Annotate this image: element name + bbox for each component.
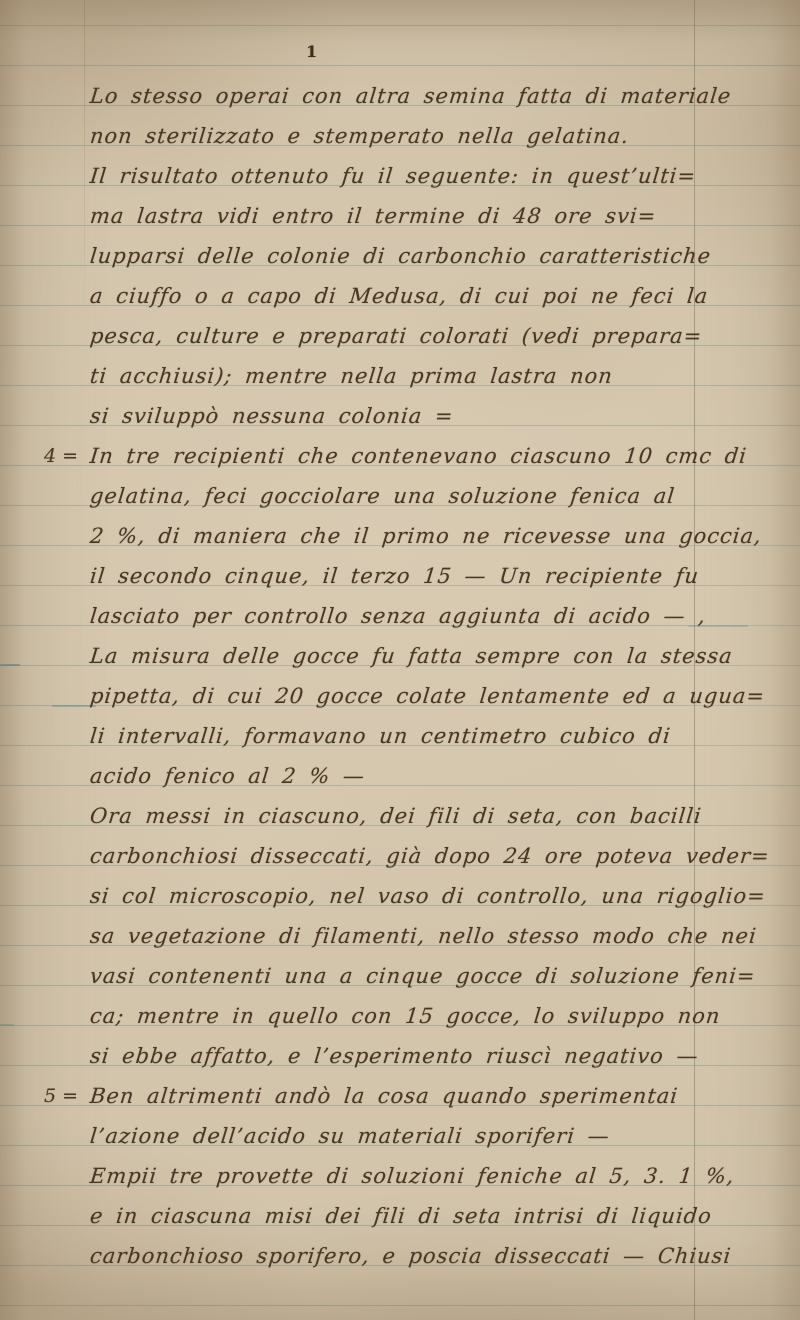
manuscript-line: carbonchioso sporifero, e poscia dissecc… (88, 1236, 748, 1276)
manuscript-line: vasi contenenti una a cinque gocce di so… (88, 956, 748, 996)
manuscript-text: ti acchiusi); mentre nella prima lastra … (88, 356, 615, 396)
manuscript-line: si sviluppò nessuna colonia = (88, 396, 748, 436)
manuscript-text: Lo stesso operai con altra semina fatta … (88, 76, 733, 116)
manuscript-text: vasi contenenti una a cinque gocce di so… (88, 956, 758, 996)
manuscript-text: carbonchiosi disseccati, già dopo 24 ore… (88, 836, 772, 876)
manuscript-text: pipetta, di cui 20 gocce colate lentamen… (88, 676, 767, 716)
manuscript-page: 1 Lo stesso operai con altra semina fatt… (0, 0, 800, 1320)
manuscript-line: l’azione dell’acido su materiali sporife… (88, 1116, 748, 1156)
manuscript-line: carbonchiosi disseccati, già dopo 24 ore… (88, 836, 748, 876)
manuscript-text: li intervalli, formavano un centimetro c… (88, 716, 673, 756)
manuscript-text: si ebbe affatto, e l’esperimento riuscì … (88, 1036, 701, 1076)
manuscript-text: pesca, culture e preparati colorati (ved… (88, 316, 704, 356)
manuscript-line: 2 %, di maniera che il primo ne ricevess… (88, 516, 748, 556)
manuscript-line: si ebbe affatto, e l’esperimento riuscì … (88, 1036, 748, 1076)
ruled-line-dark-segment (0, 1024, 14, 1026)
manuscript-line: acido fenico al 2 % — (88, 756, 748, 796)
manuscript-line: non sterilizzato e stemperato nella gela… (88, 116, 748, 156)
manuscript-line: pipetta, di cui 20 gocce colate lentamen… (88, 676, 748, 716)
manuscript-line: ti acchiusi); mentre nella prima lastra … (88, 356, 748, 396)
manuscript-line: pesca, culture e preparati colorati (ved… (88, 316, 748, 356)
manuscript-line: lasciato per controllo senza aggiunta di… (88, 596, 748, 636)
manuscript-text: 2 %, di maniera che il primo ne ricevess… (88, 516, 764, 556)
manuscript-text: La misura delle gocce fu fatta sempre co… (88, 636, 735, 676)
manuscript-text: sa vegetazione di filamenti, nello stess… (88, 916, 759, 956)
paragraph-number: 5 = (44, 1076, 78, 1116)
manuscript-text: non sterilizzato e stemperato nella gela… (88, 116, 631, 156)
manuscript-line: 4 =In tre recipienti che contenevano cia… (88, 436, 748, 476)
manuscript-line: 5 =Ben altrimenti andò la cosa quando sp… (88, 1076, 748, 1116)
manuscript-text: a ciuffo o a capo di Medusa, di cui poi … (88, 276, 710, 316)
manuscript-text: si col microscopio, nel vaso di controll… (88, 876, 768, 916)
manuscript-text: acido fenico al 2 % — (88, 756, 367, 796)
manuscript-lines: Lo stesso operai con altra semina fatta … (88, 76, 748, 1276)
manuscript-text: ca; mentre in quello con 15 gocce, lo sv… (88, 996, 723, 1036)
ruled-line-dark-segment (0, 664, 20, 666)
manuscript-line: ma lastra vidi entro il termine di 48 or… (88, 196, 748, 236)
manuscript-line: Lo stesso operai con altra semina fatta … (88, 76, 748, 116)
manuscript-text: Ben altrimenti andò la cosa quando speri… (88, 1076, 680, 1116)
manuscript-line: Empii tre provette di soluzioni feniche … (88, 1156, 748, 1196)
manuscript-line: e in ciascuna misi dei fili di seta intr… (88, 1196, 748, 1236)
manuscript-line: La misura delle gocce fu fatta sempre co… (88, 636, 748, 676)
manuscript-text: Ora messi in ciascuno, dei fili di seta,… (88, 796, 704, 836)
manuscript-text: e in ciascuna misi dei fili di seta intr… (88, 1196, 714, 1236)
manuscript-text: l’azione dell’acido su materiali sporife… (88, 1116, 612, 1156)
manuscript-text: gelatina, feci gocciolare una soluzione … (88, 476, 677, 516)
manuscript-line: Ora messi in ciascuno, dei fili di seta,… (88, 796, 748, 836)
manuscript-text: Empii tre provette di soluzioni feniche … (88, 1156, 737, 1196)
manuscript-text: In tre recipienti che contenevano ciascu… (88, 436, 749, 476)
manuscript-text: lasciato per controllo senza aggiunta di… (88, 596, 708, 636)
manuscript-line: lupparsi delle colonie di carbonchio car… (88, 236, 748, 276)
manuscript-line: si col microscopio, nel vaso di controll… (88, 876, 748, 916)
paragraph-number: 4 = (44, 436, 78, 476)
manuscript-line: li intervalli, formavano un centimetro c… (88, 716, 748, 756)
manuscript-text: ma lastra vidi entro il termine di 48 or… (88, 196, 658, 236)
page-number-mark: 1 (306, 42, 317, 61)
manuscript-line: gelatina, feci gocciolare una soluzione … (88, 476, 748, 516)
manuscript-text: si sviluppò nessuna colonia = (88, 396, 456, 436)
manuscript-text: Il risultato ottenuto fu il seguente: in… (88, 156, 698, 196)
paper-crease (84, 0, 85, 340)
manuscript-text: carbonchioso sporifero, e poscia dissecc… (88, 1236, 733, 1276)
manuscript-line: Il risultato ottenuto fu il seguente: in… (88, 156, 748, 196)
manuscript-line: il secondo cinque, il terzo 15 — Un reci… (88, 556, 748, 596)
manuscript-line: a ciuffo o a capo di Medusa, di cui poi … (88, 276, 748, 316)
manuscript-line: sa vegetazione di filamenti, nello stess… (88, 916, 748, 956)
manuscript-text: il secondo cinque, il terzo 15 — Un reci… (88, 556, 701, 596)
manuscript-line: ca; mentre in quello con 15 gocce, lo sv… (88, 996, 748, 1036)
manuscript-text: lupparsi delle colonie di carbonchio car… (88, 236, 713, 276)
